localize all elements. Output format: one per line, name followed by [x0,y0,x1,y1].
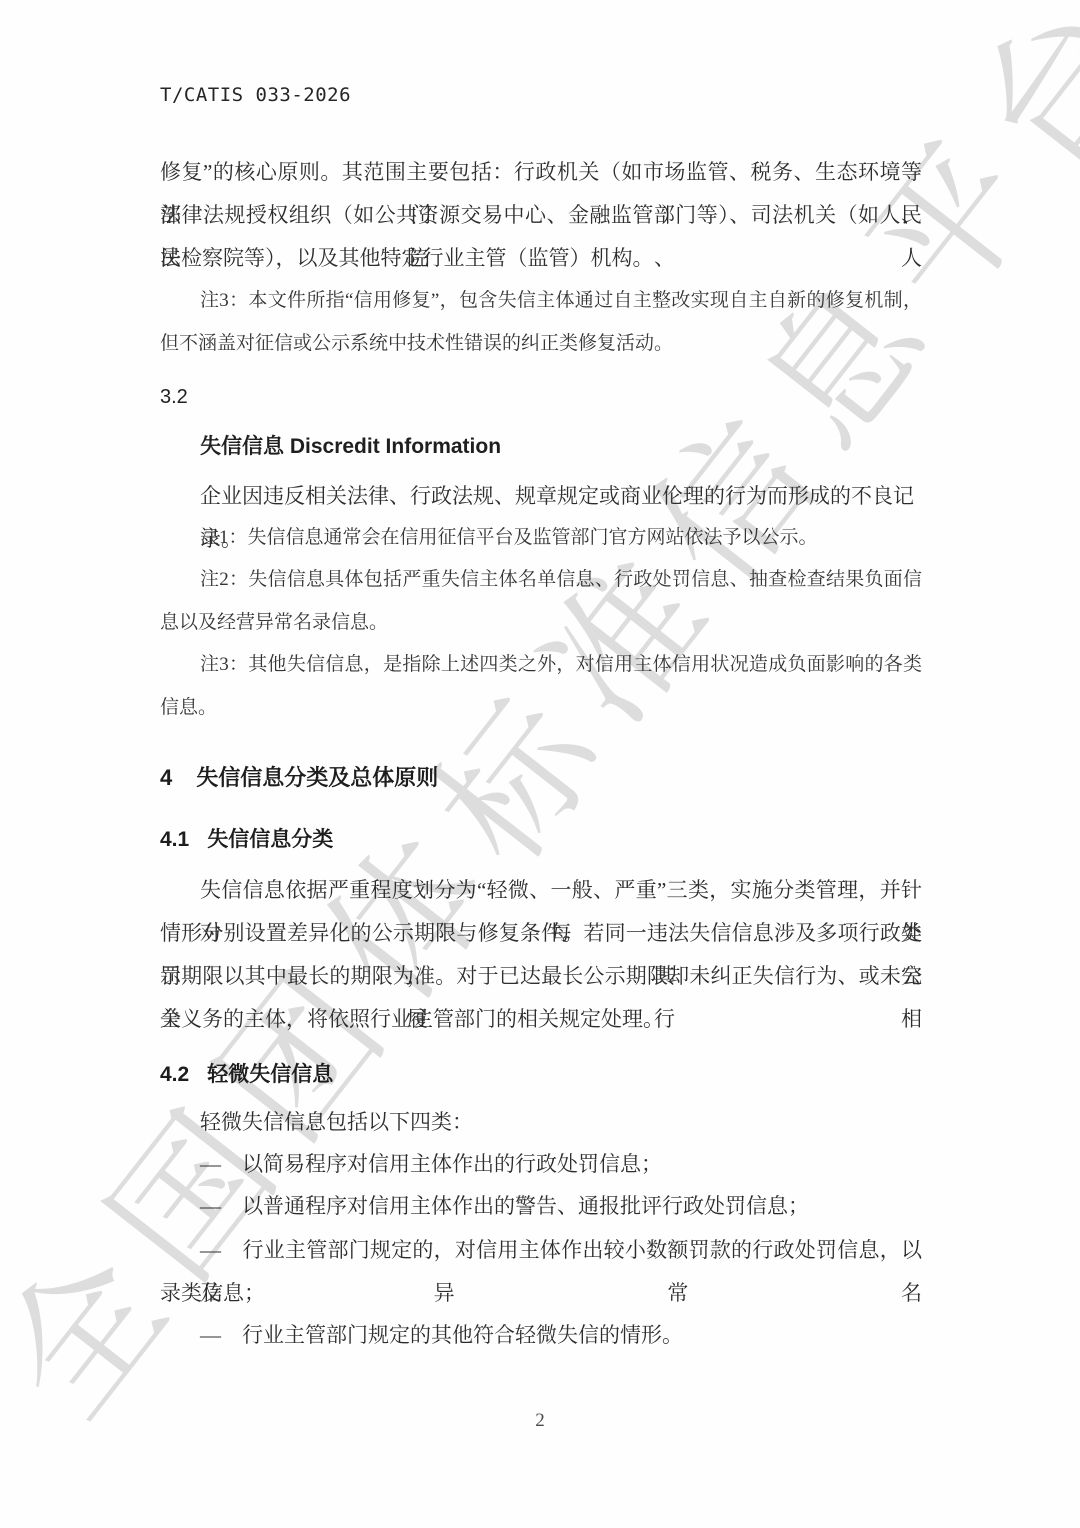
heading-number: 4 [160,756,172,799]
note-1: 注1：失信信息通常会在信用征信平台及监管部门官方网站依法予以公示。 [160,516,922,559]
paragraph-line: 修复”的核心原则。其范围主要包括：行政机关（如市场监管、税务、生态环境等部门）、 [160,151,922,194]
bullet-item-1: — 以简易程序对信用主体作出的行政处罚信息； [160,1143,922,1186]
bullet-line: — 以普通程序对信用主体作出的警告、通报批评行政处罚信息； [160,1185,922,1228]
term-discredit-information: 失信信息 Discredit Information [160,425,922,468]
heading-4-1: 4.1 失信信息分类 [160,818,922,861]
bullet-item-3: — 行业主管部门规定的，对信用主体作出较小数额罚款的行政处罚信息，以及异常名 录… [160,1229,922,1315]
paragraph-4-1: 失信信息依据严重程度划分为“轻微、一般、严重”三类，实施分类管理，并针对每类 情… [160,869,922,1041]
heading-4-2: 4.2 轻微失信信息 [160,1053,922,1096]
definition-paragraph: 企业因违反相关法律、行政法规、规章规定或商业伦理的行为而形成的不良记录。 [160,475,922,518]
bullet-item-4: — 行业主管部门规定的其他符合轻微失信的情形。 [160,1314,922,1357]
note-line: 注2：失信信息具体包括严重失信主体名单信息、行政处罚信息、抽查检查结果负面信 [160,558,922,601]
note-line: 息以及经营异常名录信息。 [160,601,922,644]
paragraph-line: 失信信息依据严重程度划分为“轻微、一般、严重”三类，实施分类管理，并针对每类 [160,869,922,912]
term-title: 失信信息 Discredit Information [160,425,922,468]
note-3-credit-repair: 注3：本文件所指“信用修复”，包含失信主体通过自主整改实现自主自新的修复机制， … [160,279,922,365]
note-line: 注1：失信信息通常会在信用征信平台及监管部门官方网站依法予以公示。 [160,516,922,559]
heading-number: 4.1 [160,818,189,861]
bullet-line: — 行业主管部门规定的，对信用主体作出较小数额罚款的行政处罚信息，以及异常名 [160,1229,922,1272]
bullet-line: — 以简易程序对信用主体作出的行政处罚信息； [160,1143,922,1186]
paragraph-scope-continued: 修复”的核心原则。其范围主要包括：行政机关（如市场监管、税务、生态环境等部门）、… [160,151,922,280]
paragraph-4-2-intro: 轻微失信信息包括以下四类： [160,1101,922,1144]
note-3-other: 注3：其他失信信息，是指除上述四类之外，对信用主体信用状况造成负面影响的各类 信… [160,643,922,729]
section-number: 3.2 [160,376,922,419]
definition-line: 企业因违反相关法律、行政法规、规章规定或商业伦理的行为而形成的不良记录。 [160,475,922,518]
note-line: 注3：本文件所指“信用修复”，包含失信主体通过自主整改实现自主自新的修复机制， [160,279,922,322]
heading-title: 失信信息分类 [207,818,333,861]
document-page: 全国团体标准信息平台 T/CATIS 033-2026 修复”的核心原则。其范围… [0,0,1080,1528]
note-line: 但不涵盖对征信或公示系统中技术性错误的纠正类修复活动。 [160,322,922,365]
paragraph-line: 情形分别设置差异化的公示期限与修复条件。若同一违法失信信息涉及多项行政处罚，其公 [160,912,922,955]
bullet-item-2: — 以普通程序对信用主体作出的警告、通报批评行政处罚信息； [160,1185,922,1228]
heading-4: 4 失信信息分类及总体原则 [160,756,922,799]
section-3-2: 3.2 [160,376,922,419]
note-line: 注3：其他失信信息，是指除上述四类之外，对信用主体信用状况造成负面影响的各类 [160,643,922,686]
heading-number: 4.2 [160,1053,189,1096]
paragraph-line: 示期限以其中最长的期限为准。对于已达最长公示期限却未纠正失信行为、或未完全履行相 [160,955,922,998]
standard-number-header: T/CATIS 033-2026 [160,84,351,106]
note-line: 信息。 [160,686,922,729]
bullet-line: — 行业主管部门规定的其他符合轻微失信的情形。 [160,1314,922,1357]
heading-title: 轻微失信信息 [207,1053,333,1096]
heading-title: 失信信息分类及总体原则 [196,756,438,799]
paragraph-line: 轻微失信信息包括以下四类： [160,1101,922,1144]
note-2: 注2：失信信息具体包括严重失信主体名单信息、行政处罚信息、抽查检查结果负面信 息… [160,558,922,644]
paragraph-line: 法律法规授权组织（如公共资源交易中心、金融监管部门等）、司法机关（如人民法院、人 [160,194,922,237]
page-number: 2 [0,1408,1080,1434]
